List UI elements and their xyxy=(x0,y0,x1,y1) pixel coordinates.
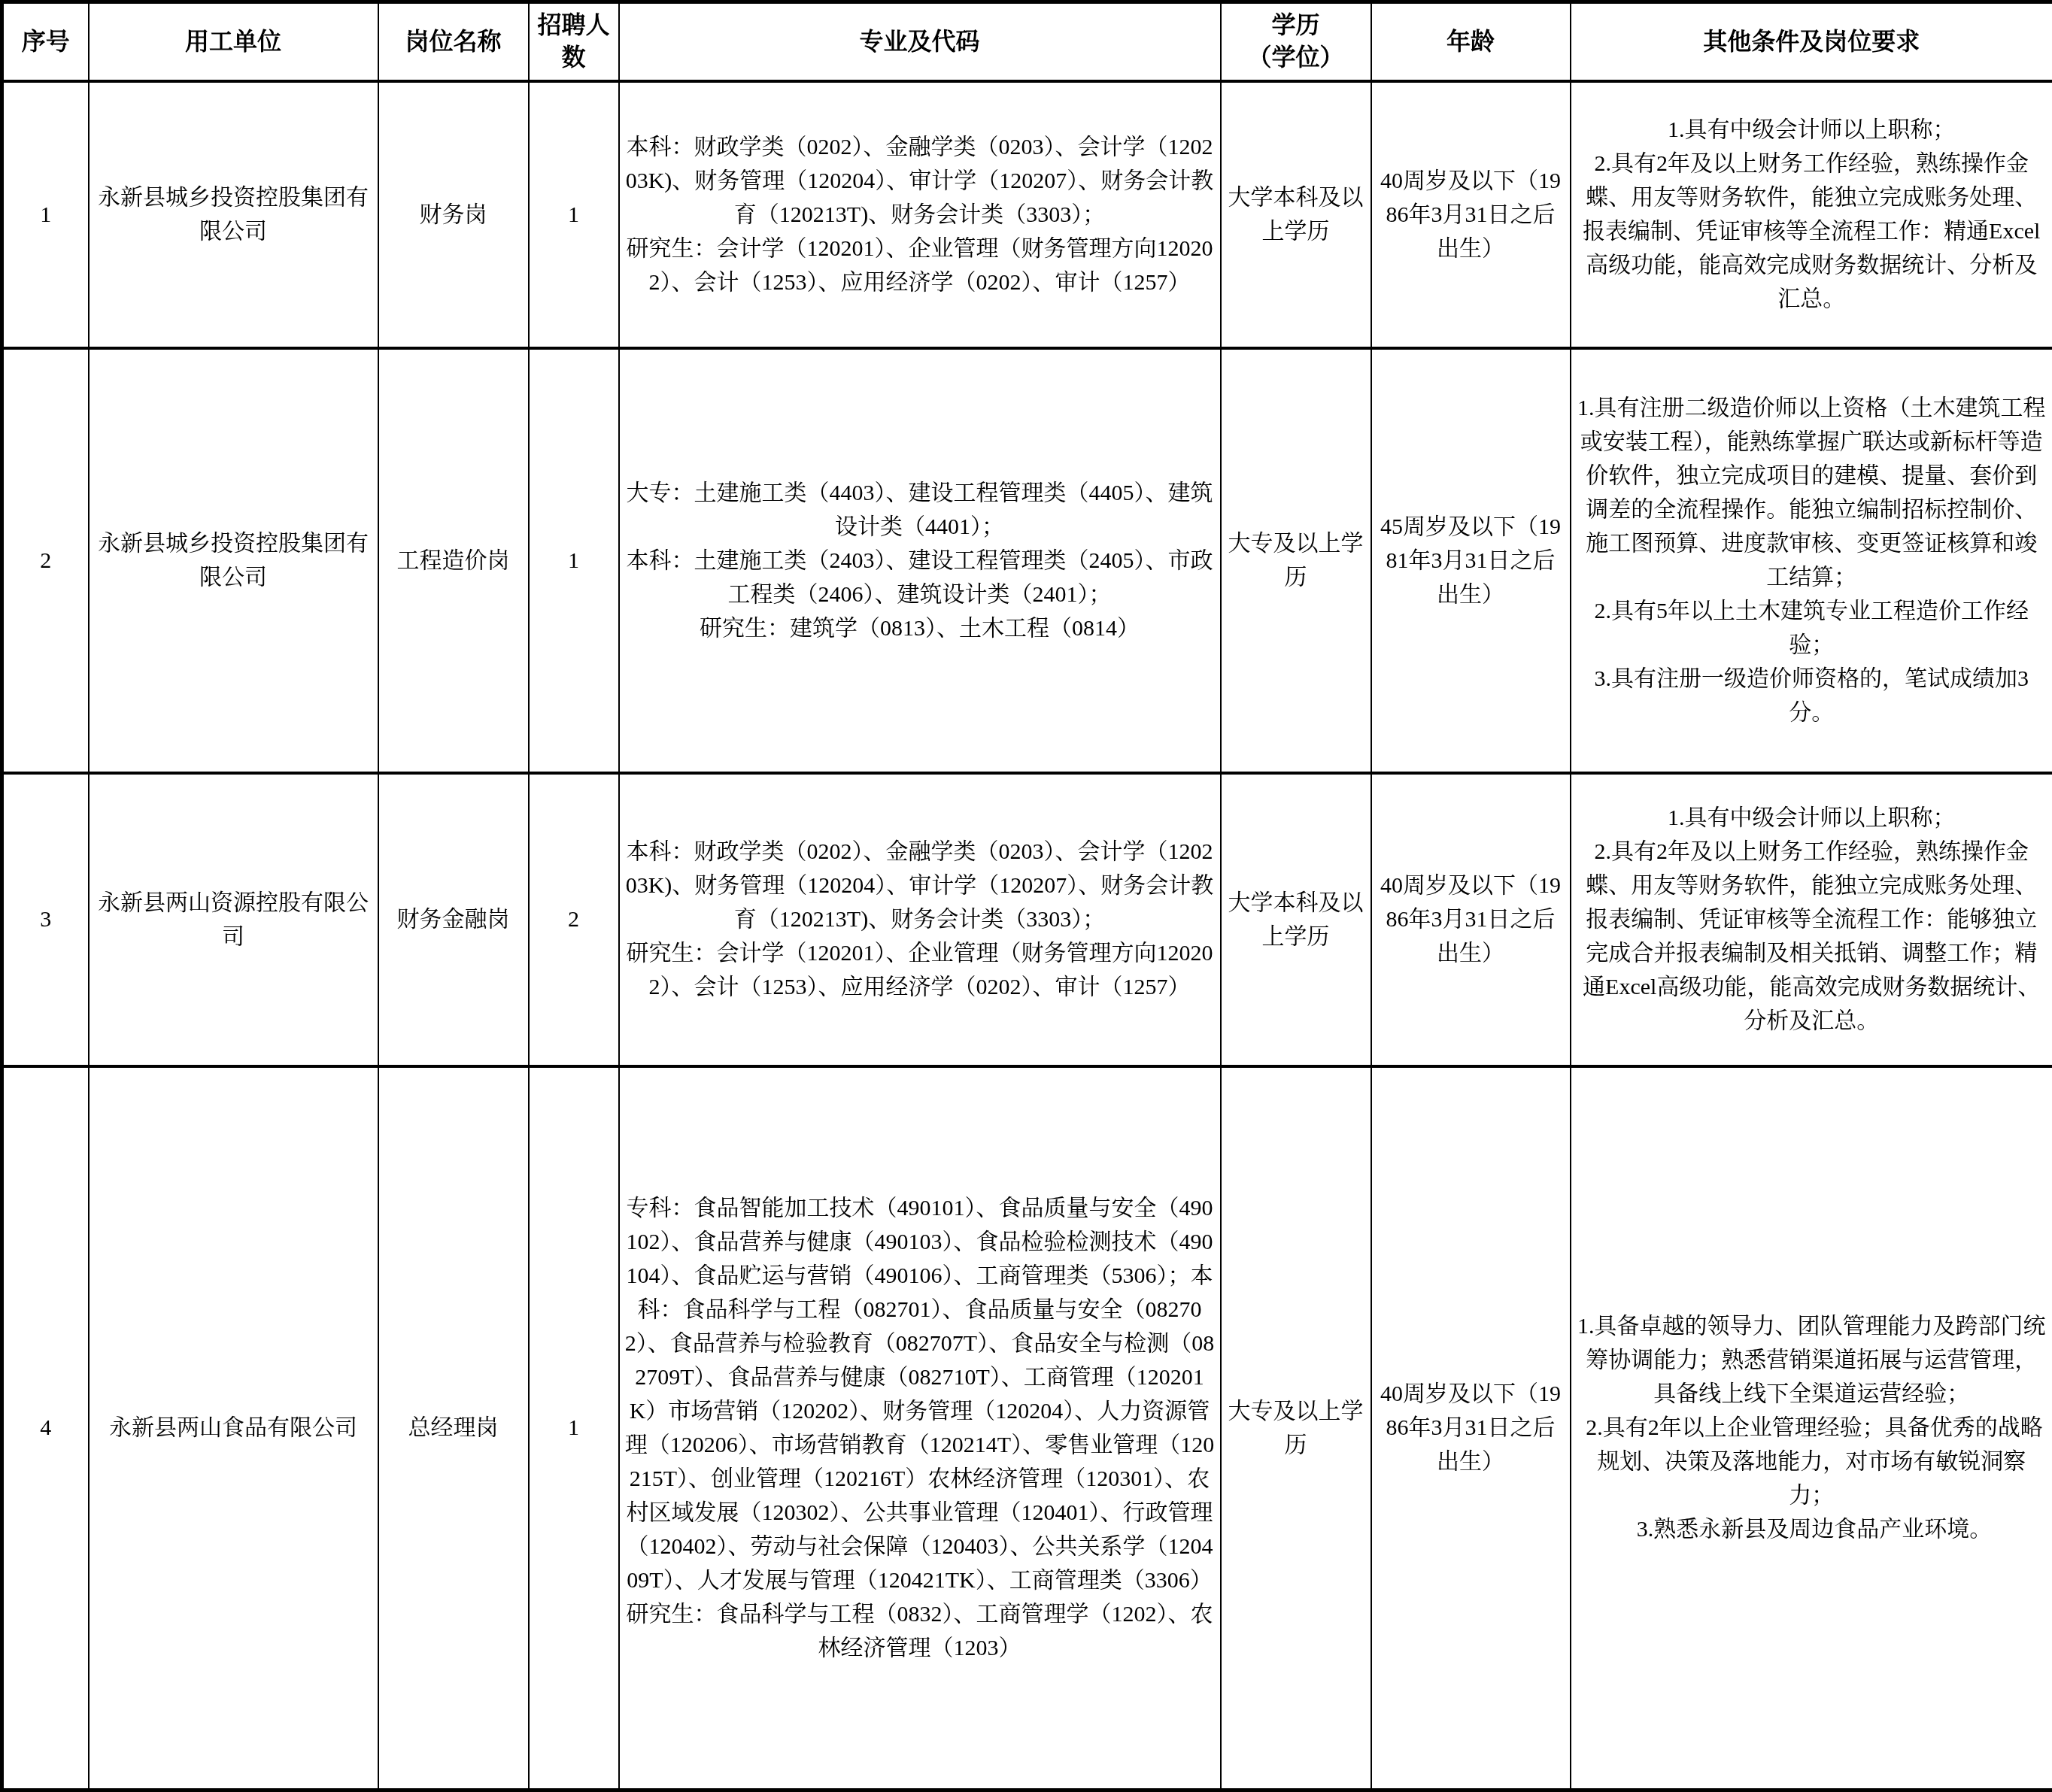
cell-education: 大专及以上学历 xyxy=(1221,1066,1371,1790)
cell-majors: 大专：土建施工类（4403）、建设工程管理类（4405）、建筑设计类（4401）… xyxy=(619,348,1221,773)
cell-count: 1 xyxy=(529,1066,619,1790)
header-serial: 序号 xyxy=(2,2,89,81)
header-requirements: 其他条件及岗位要求 xyxy=(1571,2,2052,81)
header-education: 学历 （学位） xyxy=(1221,2,1371,81)
cell-count: 1 xyxy=(529,348,619,773)
cell-serial: 4 xyxy=(2,1066,89,1790)
cell-position: 财务金融岗 xyxy=(378,773,529,1066)
cell-education: 大学本科及以上学历 xyxy=(1221,773,1371,1066)
cell-majors: 本科：财政学类（0202）、金融学类（0203）、会计学（120203K)、财务… xyxy=(619,81,1221,348)
cell-majors: 专科：食品智能加工技术（490101）、食品质量与安全（490102）、食品营养… xyxy=(619,1066,1221,1790)
cell-requirements: 1.具备卓越的领导力、团队管理能力及跨部门统筹协调能力；熟悉营销渠道拓展与运营管… xyxy=(1571,1066,2052,1790)
cell-employer: 永新县城乡投资控股集团有限公司 xyxy=(89,81,378,348)
cell-position: 工程造价岗 xyxy=(378,348,529,773)
cell-employer: 永新县两山食品有限公司 xyxy=(89,1066,378,1790)
cell-serial: 3 xyxy=(2,773,89,1066)
recruitment-table: 序号 用工单位 岗位名称 招聘人数 专业及代码 学历 （学位） 年龄 其他条件及… xyxy=(0,0,2052,1792)
header-employer: 用工单位 xyxy=(89,2,378,81)
table-row: 3 永新县两山资源控股有限公司 财务金融岗 2 本科：财政学类（0202）、金融… xyxy=(2,773,2052,1066)
header-age: 年龄 xyxy=(1371,2,1571,81)
cell-age: 40周岁及以下（1986年3月31日之后出生） xyxy=(1371,773,1571,1066)
cell-employer: 永新县两山资源控股有限公司 xyxy=(89,773,378,1066)
cell-count: 2 xyxy=(529,773,619,1066)
header-row: 序号 用工单位 岗位名称 招聘人数 专业及代码 学历 （学位） 年龄 其他条件及… xyxy=(2,2,2052,81)
table-row: 4 永新县两山食品有限公司 总经理岗 1 专科：食品智能加工技术（490101）… xyxy=(2,1066,2052,1790)
cell-employer: 永新县城乡投资控股集团有限公司 xyxy=(89,348,378,773)
cell-age: 40周岁及以下（1986年3月31日之后出生） xyxy=(1371,1066,1571,1790)
cell-education: 大专及以上学历 xyxy=(1221,348,1371,773)
cell-position: 总经理岗 xyxy=(378,1066,529,1790)
cell-count: 1 xyxy=(529,81,619,348)
table-row: 1 永新县城乡投资控股集团有限公司 财务岗 1 本科：财政学类（0202）、金融… xyxy=(2,81,2052,348)
cell-position: 财务岗 xyxy=(378,81,529,348)
cell-requirements: 1.具有注册二级造价师以上资格（土木建筑工程或安装工程），能熟练掌握广联达或新标… xyxy=(1571,348,2052,773)
cell-age: 45周岁及以下（1981年3月31日之后出生） xyxy=(1371,348,1571,773)
table-row: 2 永新县城乡投资控股集团有限公司 工程造价岗 1 大专：土建施工类（4403）… xyxy=(2,348,2052,773)
cell-serial: 1 xyxy=(2,81,89,348)
header-count: 招聘人数 xyxy=(529,2,619,81)
cell-serial: 2 xyxy=(2,348,89,773)
cell-requirements: 1.具有中级会计师以上职称； 2.具有2年及以上财务工作经验，熟练操作金蝶、用友… xyxy=(1571,81,2052,348)
cell-education: 大学本科及以上学历 xyxy=(1221,81,1371,348)
header-position: 岗位名称 xyxy=(378,2,529,81)
header-majors: 专业及代码 xyxy=(619,2,1221,81)
cell-age: 40周岁及以下（1986年3月31日之后出生） xyxy=(1371,81,1571,348)
cell-majors: 本科：财政学类（0202）、金融学类（0203）、会计学（120203K)、财务… xyxy=(619,773,1221,1066)
cell-requirements: 1.具有中级会计师以上职称； 2.具有2年及以上财务工作经验，熟练操作金蝶、用友… xyxy=(1571,773,2052,1066)
